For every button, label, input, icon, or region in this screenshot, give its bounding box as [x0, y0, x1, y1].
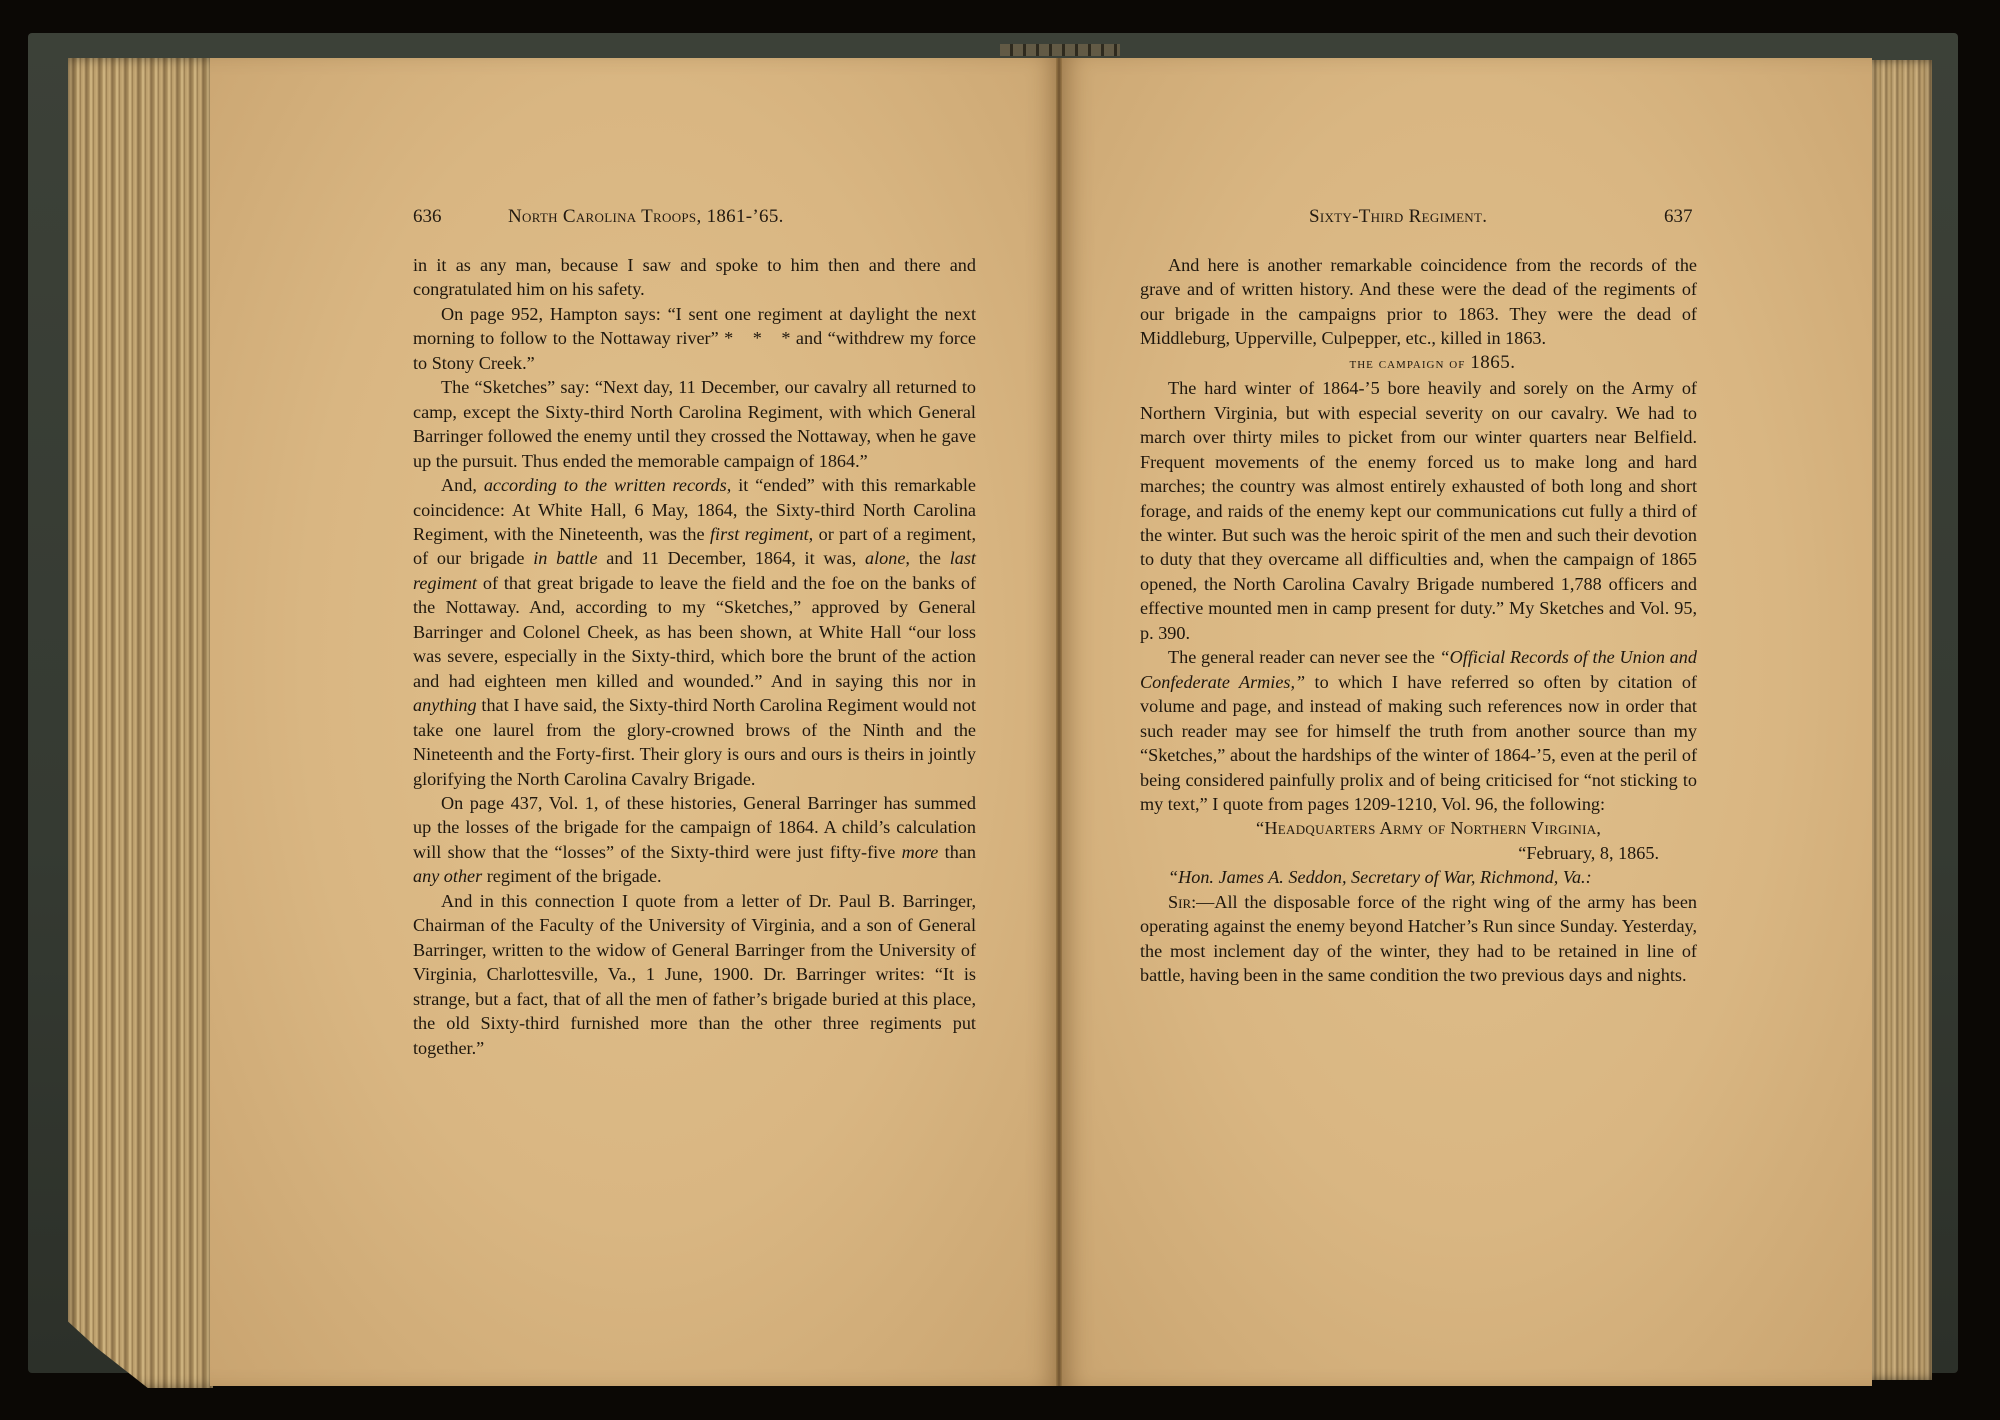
left-paragraph: in it as any man, because I saw and spok… — [413, 253, 976, 302]
left-page-number: 636 — [413, 206, 442, 228]
right-page-number: 637 — [1664, 206, 1693, 228]
left-paragraph: On page 437, Vol. 1, of these histories,… — [413, 791, 976, 889]
left-paragraph: And, according to the written records, i… — [413, 473, 976, 791]
section-title-text: the campaign of — [1350, 355, 1466, 372]
italic-phrase: more — [902, 842, 939, 862]
italic-phrase: in battle — [533, 548, 597, 568]
letter-address: “Hon. James A. Seddon, Secretary of War,… — [1140, 865, 1697, 889]
left-paragraph: And in this connection I quote from a le… — [413, 889, 976, 1060]
text-run: in it as any man, because I saw and spok… — [413, 255, 976, 299]
letter-body-text: —All the disposable force of the right w… — [1140, 892, 1697, 985]
text-run: of that great brigade to leave the field… — [413, 573, 976, 691]
letter-heading: “Headquarters Army of Northern Virginia, — [1140, 816, 1697, 840]
italic-phrase: first regiment, — [710, 524, 813, 544]
right-page-stack-edges — [1870, 60, 1932, 1380]
left-paragraph: On page 952, Hampton says: “I sent one r… — [413, 302, 976, 375]
text-run: And, — [441, 475, 484, 495]
text-run: the — [910, 548, 950, 568]
text-run: The “Sketches” say: “Next day, 11 Decemb… — [413, 377, 976, 470]
left-page-stack-edges — [68, 58, 213, 1388]
left-paragraph: The “Sketches” say: “Next day, 11 Decemb… — [413, 375, 976, 473]
italic-phrase: any other — [413, 866, 482, 886]
text-run: than — [938, 842, 976, 862]
right-running-head: Sixty-Third Regiment. — [1309, 206, 1487, 228]
right-page-body: And here is another remarkable coinciden… — [1140, 253, 1697, 988]
book-gutter — [1056, 58, 1062, 1386]
left-running-head: North Carolina Troops, 1861-’65. — [508, 206, 784, 228]
text-run: and 11 December, 1864, it was, — [598, 548, 865, 568]
text-run: that I have said, the Sixty-third North … — [413, 695, 976, 788]
italic-phrase: anything — [413, 695, 477, 715]
letter-date: “February, 8, 1865. — [1140, 841, 1697, 865]
book-headband — [1000, 44, 1120, 56]
italic-phrase: according to the written records, — [484, 475, 731, 495]
letter-salutation: Sir: — [1168, 892, 1196, 912]
reader-text-before: The general reader can never see the — [1168, 647, 1440, 667]
text-run: On page 437, Vol. 1, of these histories,… — [413, 793, 976, 862]
book-photograph: 636 North Carolina Troops, 1861-’65. in … — [0, 0, 2000, 1420]
letter-body: Sir:—All the disposable force of the rig… — [1140, 890, 1697, 988]
text-run: And in this connection I quote from a le… — [413, 891, 976, 1058]
reader-text-after: to which I have referred so often by cit… — [1140, 672, 1697, 814]
italic-phrase: alone, — [865, 548, 910, 568]
text-run: regiment of the brigade. — [482, 866, 661, 886]
paragraph-hard-winter: The hard winter of 1864-’5 bore heavily … — [1140, 376, 1697, 645]
section-title-campaign-1865: the campaign of 1865. — [1140, 351, 1697, 376]
section-title-year: 1865. — [1470, 352, 1515, 373]
text-run: * * * — [724, 328, 790, 348]
left-page-body: in it as any man, because I saw and spok… — [413, 253, 976, 1060]
paragraph-general-reader: The general reader can never see the “Of… — [1140, 645, 1697, 816]
paragraph-coincidence: And here is another remarkable coinciden… — [1140, 253, 1697, 351]
